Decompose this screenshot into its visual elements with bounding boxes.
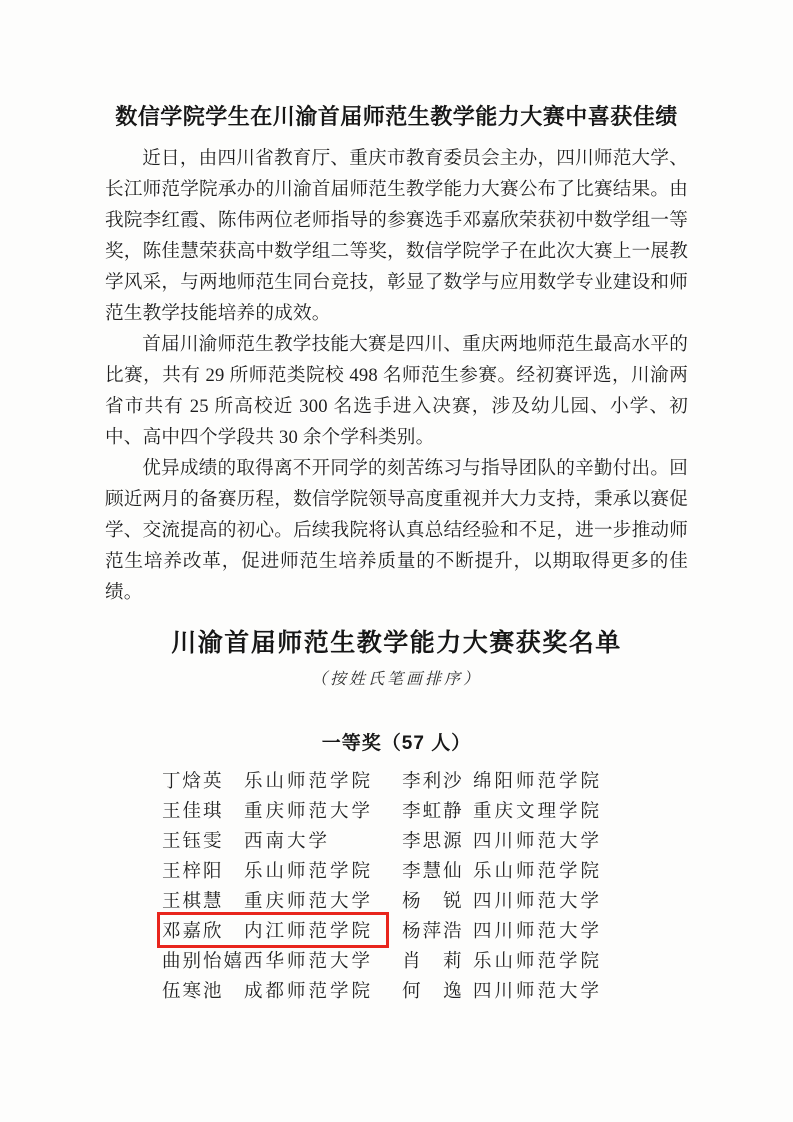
awardee-name: 王佳琪 [162,797,244,823]
awardee-school: 乐山师范学院 [244,767,384,793]
awardee-pair: 曲别怡嬉西华师范大学 [162,947,384,973]
awardee-name: 丁焓英 [162,767,244,793]
awardee-school: 四川师范大学 [473,977,602,1003]
awardee-school: 西华师范大学 [244,947,384,973]
highlighted-awardee-pair: 邓嘉欣内江师范学院 [162,917,384,943]
awardee-school: 四川师范大学 [473,827,602,853]
body-paragraph: 优异成绩的取得离不开同学的刻苦练习与指导团队的辛勤付出。回顾近两月的备赛历程，数… [105,453,688,608]
awardee-name: 杨 锐 [402,887,473,913]
table-row: 王棋慧重庆师范大学杨 锐四川师范大学 [162,885,602,915]
awardee-pair: 王佳琪重庆师范大学 [162,797,384,823]
table-row: 王佳琪重庆师范大学李虹静重庆文理学院 [162,795,602,825]
awardee-name: 杨萍浩 [402,917,473,943]
awardee-pair: 伍寒池成都师范学院 [162,977,384,1003]
awardee-pair: 王棋慧重庆师范大学 [162,887,384,913]
table-row: 伍寒池成都师范学院何 逸四川师范大学 [162,975,602,1005]
awardee-school: 乐山师范学院 [473,857,602,883]
awardee-school: 成都师范学院 [244,977,384,1003]
table-row: 邓嘉欣内江师范学院杨萍浩四川师范大学 [162,915,602,945]
awardee-name: 王棋慧 [162,887,244,913]
table-row: 曲别怡嬉西华师范大学肖 莉乐山师范学院 [162,945,602,975]
article-title: 数信学院学生在川渝首届师范生教学能力大赛中喜获佳绩 [105,104,688,130]
awardee-school: 乐山师范学院 [244,857,384,883]
awardee-name: 李利沙 [402,767,473,793]
awardee-school: 四川师范大学 [473,917,602,943]
body-paragraph: 首届川渝师范生教学技能大赛是四川、重庆两地师范生最高水平的比赛，共有 29 所师… [105,329,688,453]
awardee-name: 肖 莉 [402,947,473,973]
award-table: 丁焓英乐山师范学院李利沙绵阳师范学院王佳琪重庆师范大学李虹静重庆文理学院王钰雯西… [162,765,602,1005]
awardee-name: 李虹静 [402,797,473,823]
awardee-school: 重庆文理学院 [473,797,602,823]
awardee-name: 李慧仙 [402,857,473,883]
document-content: 数信学院学生在川渝首届师范生教学能力大赛中喜获佳绩 近日，由四川省教育厅、重庆市… [0,104,793,1005]
award-list-subtitle: （按姓氏笔画排序） [105,666,688,689]
article-body: 近日，由四川省教育厅、重庆市教育委员会主办，四川师范大学、长江师范学院承办的川渝… [105,143,688,608]
first-prize-tier-heading: 一等奖（57 人） [105,733,688,755]
awardee-name: 邓嘉欣 [162,917,244,943]
table-row: 王梓阳乐山师范学院李慧仙乐山师范学院 [162,855,602,885]
awardee-school: 乐山师范学院 [473,947,602,973]
awardee-school: 内江师范学院 [244,917,384,943]
awardee-school: 西南大学 [244,827,384,853]
table-row: 王钰雯西南大学李思源四川师范大学 [162,825,602,855]
award-list-heading: 川渝首届师范生教学能力大赛获奖名单 [105,629,688,659]
awardee-pair: 王钰雯西南大学 [162,827,384,853]
document-page: 数信学院学生在川渝首届师范生教学能力大赛中喜获佳绩 近日，由四川省教育厅、重庆市… [0,0,793,1122]
awardee-name: 李思源 [402,827,473,853]
awardee-school: 四川师范大学 [473,887,602,913]
awardee-school: 绵阳师范学院 [473,767,602,793]
awardee-name: 伍寒池 [162,977,244,1003]
awardee-school: 重庆师范大学 [244,797,384,823]
awardee-name: 何 逸 [402,977,473,1003]
body-paragraph: 近日，由四川省教育厅、重庆市教育委员会主办，四川师范大学、长江师范学院承办的川渝… [105,143,688,329]
awardee-name: 王钰雯 [162,827,244,853]
awardee-pair: 丁焓英乐山师范学院 [162,767,384,793]
awardee-name: 曲别怡嬉 [162,947,244,973]
table-row: 丁焓英乐山师范学院李利沙绵阳师范学院 [162,765,602,795]
awardee-school: 重庆师范大学 [244,887,384,913]
awardee-pair: 王梓阳乐山师范学院 [162,857,384,883]
awardee-name: 王梓阳 [162,857,244,883]
